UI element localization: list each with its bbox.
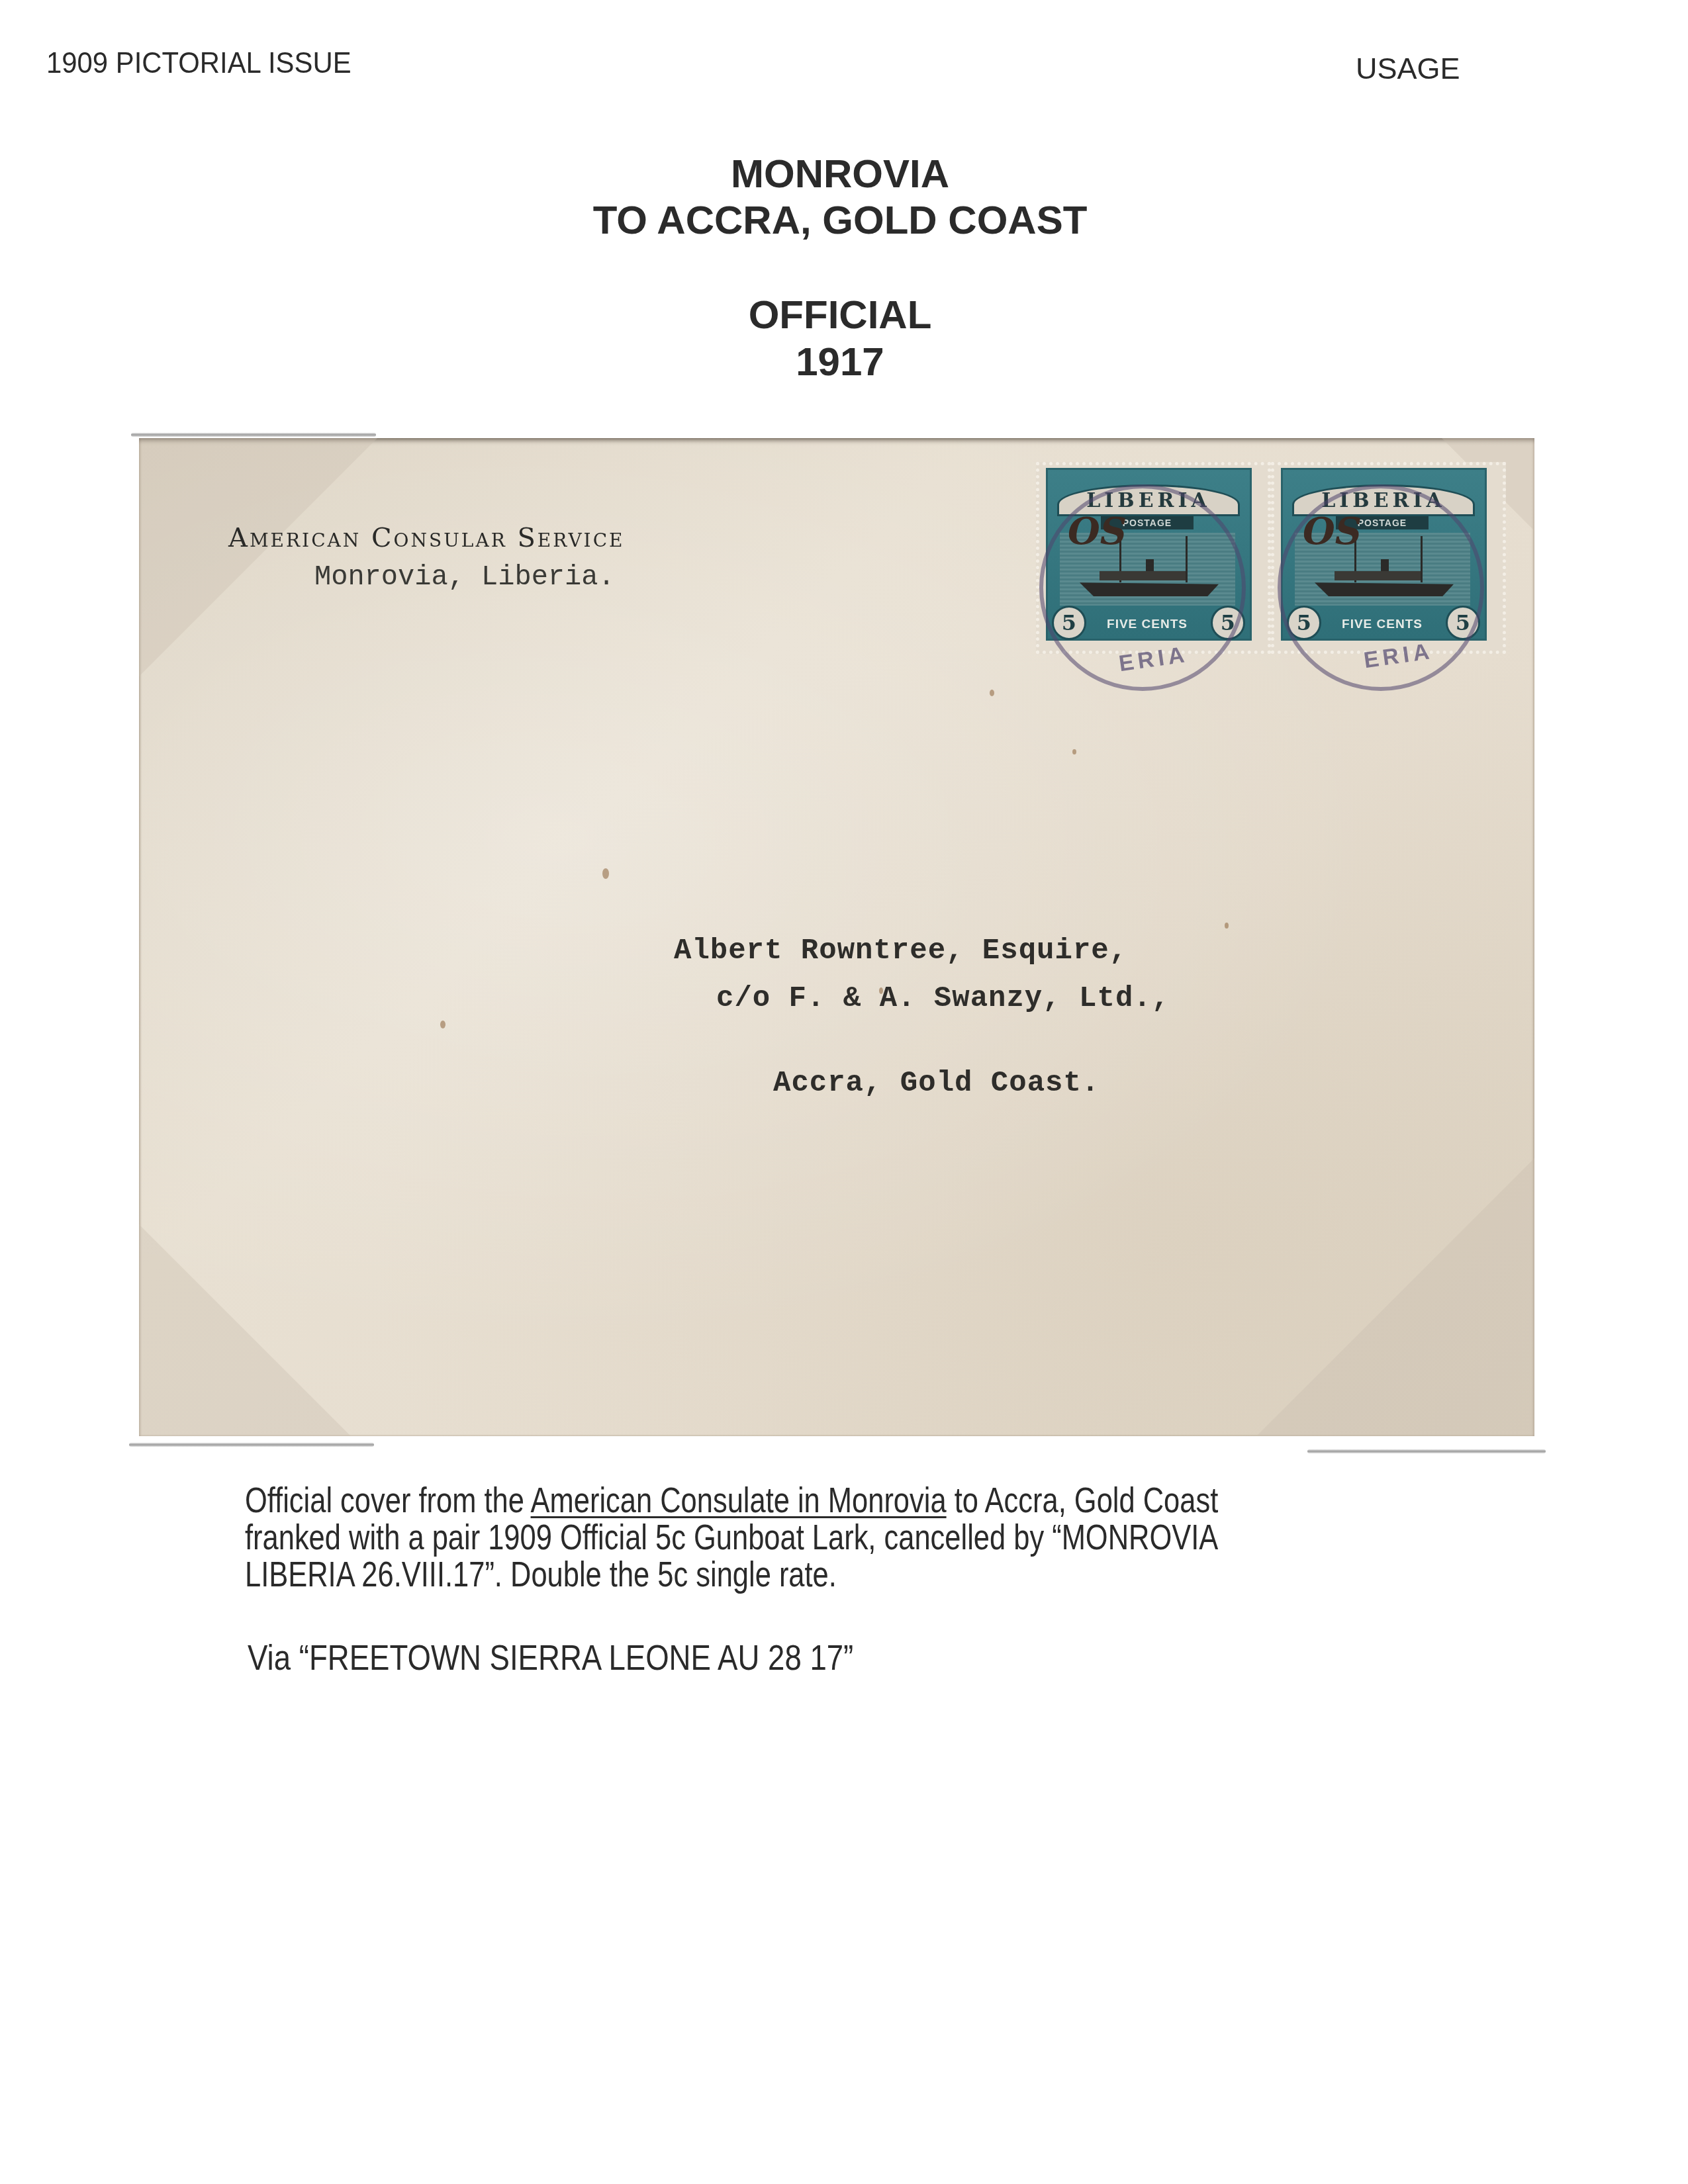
- foxing-spot: [440, 1021, 445, 1028]
- page-header-section: 1909 PICTORIAL ISSUE: [46, 48, 352, 77]
- title-destination: TO ACCRA, GOLD COAST: [0, 201, 1684, 240]
- photo-mount-corner-bottom-left: [129, 1443, 374, 1447]
- title-year: 1917: [0, 342, 1684, 382]
- sender-location: Monrovia, Liberia.: [314, 561, 615, 593]
- caption-line-2: franked with a pair 1909 Official 5c Gun…: [245, 1520, 1218, 1555]
- recipient-city: Accra, Gold Coast.: [773, 1067, 1100, 1100]
- photo-mount-bl: [139, 1224, 351, 1436]
- caption-line-3: LIBERIA 26.VIII.17”. Double the 5c singl…: [245, 1557, 837, 1592]
- caption-text: Official cover from the: [245, 1481, 531, 1520]
- caption-transit-note: Via “FREETOWN SIERRA LEONE AU 28 17”: [248, 1641, 853, 1676]
- title-origin: MONROVIA: [0, 154, 1684, 194]
- page-header-category: USAGE: [1356, 54, 1460, 83]
- foxing-spot: [1072, 749, 1076, 754]
- sender-organization: American Consular Service: [228, 523, 625, 553]
- caption-underlined-sender: American Consulate in Monrovia: [531, 1481, 947, 1520]
- title-type: OFFICIAL: [0, 295, 1684, 335]
- recipient-name: Albert Rowntree, Esquire,: [674, 934, 1127, 968]
- foxing-spot: [990, 690, 994, 696]
- caption-line-1: Official cover from the American Consula…: [245, 1483, 1218, 1518]
- photo-mount-br: [1256, 1158, 1534, 1436]
- envelope-cover: American Consular Service Monrovia, Libe…: [139, 438, 1534, 1436]
- photo-mount-corner-bottom-right: [1307, 1449, 1546, 1453]
- recipient-care-of: c/o F. & A. Swanzy, Ltd.,: [716, 982, 1170, 1015]
- photo-mount-corner-top-left: [131, 433, 376, 437]
- foxing-spot: [879, 987, 883, 994]
- caption-text: to Accra, Gold Coast: [947, 1481, 1219, 1520]
- foxing-spot: [1225, 923, 1229, 929]
- photo-mount-tl: [139, 438, 377, 676]
- foxing-spot: [602, 868, 609, 879]
